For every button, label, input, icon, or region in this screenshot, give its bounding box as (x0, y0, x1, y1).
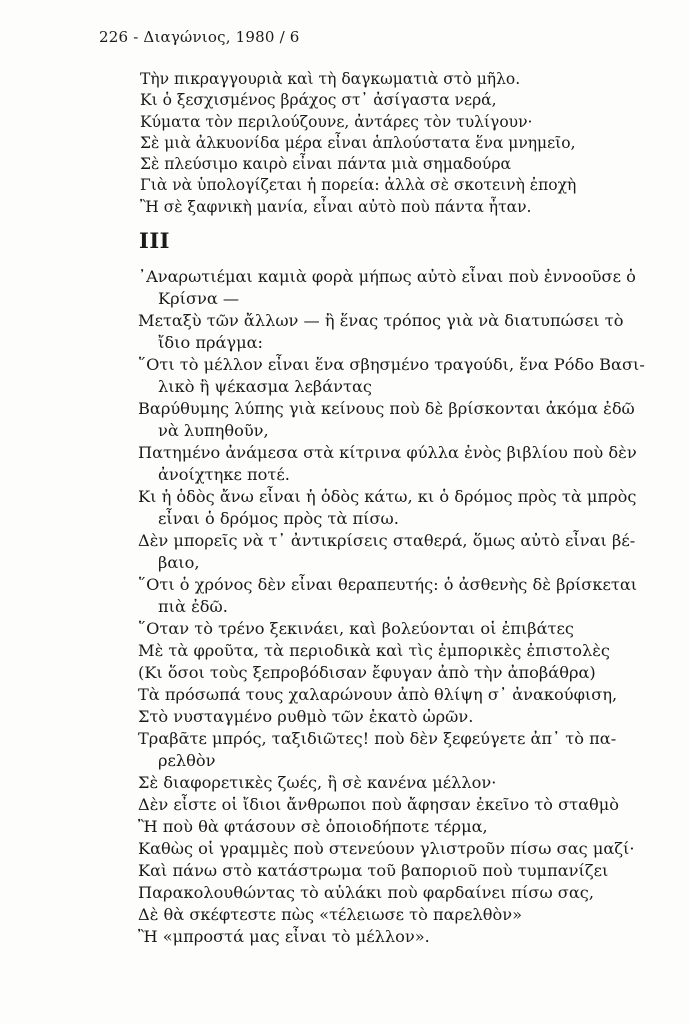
running-header: 226 - Διαγώνιος, 1980 / 6 (99, 28, 300, 46)
verse-line: Βαρύθυμης λύπης γιὰ κείνους ποὺ δὲ βρίσκ… (138, 398, 648, 420)
verse-line: Δὲ θὰ σκέφτεστε πὼς «τέλειωσε τὸ παρελθὸ… (138, 904, 648, 926)
verse-line-continuation: εἶναι ὁ δρόμος πρὸς τὰ πίσω. (138, 508, 648, 530)
verse-line-continuation: ρελθὸν (138, 750, 648, 772)
verse-line: Τὴν πικραγγουριὰ καὶ τὴ δαγκωματιὰ στὸ μ… (140, 69, 576, 90)
verse-line: Ἢ σὲ ξαφνικὴ μανία, εἶναι αὐτὸ ποὺ πάντα… (140, 197, 576, 218)
verse-line-continuation: νὰ λυπηθοῦν, (138, 420, 648, 442)
verse-line: Καθὼς οἱ γραμμὲς ποὺ στενεύουν γλιστροῦν… (138, 838, 648, 860)
verse-line: Ἢ «μπροστά μας εἶναι τὸ μέλλον». (138, 926, 648, 948)
verse-line: Σὲ διαφορετικὲς ζωές, ἢ σὲ κανένα μέλλον… (138, 772, 648, 794)
verse-line: Κι ὁ ξεσχισμένος βράχος στ᾽ ἀσίγαστα νερ… (140, 90, 576, 111)
verse-line: Τὰ πρόσωπά τους χαλαρώνουν ἀπὸ θλίψη σ᾽ … (138, 684, 648, 706)
verse-line: ῞Οτι τὸ μέλλον εἶναι ἕνα σβησμένο τραγού… (138, 354, 648, 376)
verse-line: Δὲν εἶστε οἱ ἴδιοι ἄνθρωποι ποὺ ἄφησαν ἐ… (138, 794, 648, 816)
stanza-continuation: Τὴν πικραγγουριὰ καὶ τὴ δαγκωματιὰ στὸ μ… (140, 69, 576, 218)
verse-line: Σὲ πλεύσιμο καιρὸ εἶναι πάντα μιὰ σημαδο… (140, 154, 576, 175)
verse-line-continuation: λικὸ ἢ ψέκασμα λεβάντας (138, 376, 648, 398)
verse-line: Μὲ τὰ φροῦτα, τὰ περιοδικὰ καὶ τὶς ἐμπορ… (138, 640, 648, 662)
verse-line-continuation: βαιο, (138, 552, 648, 574)
verse-line: Παρακολουθώντας τὸ αὐλάκι ποὺ φαρδαίνει … (138, 882, 648, 904)
verse-line-continuation: ἴδιο πράγμα: (138, 332, 648, 354)
verse-line: Δὲν μπορεῖς νὰ τ᾽ ἀντικρίσεις σταθερά, ὅ… (138, 530, 648, 552)
section-heading: III (139, 228, 170, 253)
verse-line: ῞Οταν τὸ τρένο ξεκινάει, καὶ βολεύονται … (138, 618, 648, 640)
verse-line: Καὶ πάνω στὸ κατάστρωμα τοῦ βαποριοῦ ποὺ… (138, 860, 648, 882)
verse-line-continuation: Κρίσνα — (138, 288, 648, 310)
verse-line: Κύματα τὸν περιλούζουνε, ἀντάρες τὸν τυλ… (140, 112, 576, 133)
stanza-iii: ᾿Αναρωτιέμαι καμιὰ φορὰ μήπως αὐτὸ εἶναι… (138, 266, 648, 948)
verse-line-continuation: πιὰ ἐδῶ. (138, 596, 648, 618)
verse-line: ῞Οτι ὁ χρόνος δὲν εἶναι θεραπευτής: ὁ ἀσ… (138, 574, 648, 596)
verse-line-continuation: ἀνοίχτηκε ποτέ. (138, 464, 648, 486)
verse-line: Πατημένο ἀνάμεσα στὰ κίτρινα φύλλα ἑνὸς … (138, 442, 648, 464)
verse-line: Γιὰ νὰ ὑπολογίζεται ἡ πορεία: ἀλλὰ σὲ σκ… (140, 175, 576, 196)
verse-line: Στὸ νυσταγμένο ρυθμὸ τῶν ἑκατὸ ὡρῶν. (138, 706, 648, 728)
verse-line: Σὲ μιὰ ἀλκυονίδα μέρα εἶναι ἁπλούστατα ἕ… (140, 133, 576, 154)
verse-line: (Κι ὅσοι τοὺς ξεπροβόδισαν ἔφυγαν ἀπὸ τὴ… (138, 662, 648, 684)
verse-line: Μεταξὺ τῶν ἄλλων — ἢ ἕνας τρόπος γιὰ νὰ … (138, 310, 648, 332)
verse-line: Τραβᾶτε μπρός, ταξιδιῶτες! ποὺ δὲν ξεφεύ… (138, 728, 648, 750)
verse-line: ᾿Αναρωτιέμαι καμιὰ φορὰ μήπως αὐτὸ εἶναι… (138, 266, 648, 288)
verse-line: Κι ἡ ὁδὸς ἄνω εἶναι ἡ ὁδὸς κάτω, κι ὁ δρ… (138, 486, 648, 508)
verse-line: Ἢ ποὺ θὰ φτάσουν σὲ ὁποιοδήποτε τέρμα, (138, 816, 648, 838)
